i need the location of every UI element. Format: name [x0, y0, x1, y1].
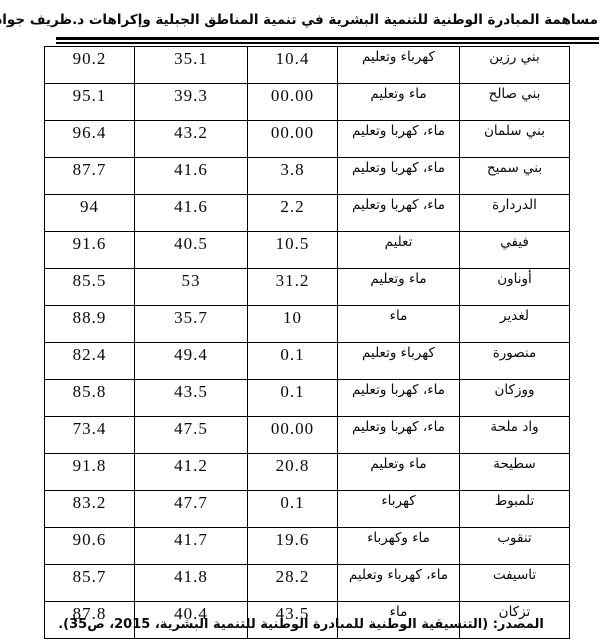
value-cell-right: 2.2: [248, 195, 338, 232]
table-row: الدردارة ماء، كهربا وتعليم 2.2 41.6 94: [45, 195, 570, 232]
value-cell-middle: 41.7: [135, 528, 248, 565]
value-cell-left: 90.6: [45, 528, 135, 565]
commune-name-cell: تنقوب: [460, 528, 570, 565]
value-cell-left: 85.8: [45, 380, 135, 417]
value-cell-left: 87.7: [45, 158, 135, 195]
table-row: بني سميح ماء، كهربا وتعليم 3.8 41.6 87.7: [45, 158, 570, 195]
value-cell-right: 3.8: [248, 158, 338, 195]
value-cell-left: 85.7: [45, 565, 135, 602]
table-row: بني رزين كهرباء وتعليم 10.4 35.1 90.2: [45, 47, 570, 84]
services-cell: ماء، كهربا وتعليم: [338, 158, 460, 195]
value-cell-left: 82.4: [45, 343, 135, 380]
value-cell-middle: 49.4: [135, 343, 248, 380]
services-cell: تعليم: [338, 232, 460, 269]
value-cell-right: 10.4: [248, 47, 338, 84]
page-title: مساهمة المبادرة الوطنية للتنمية البشرية …: [40, 12, 598, 28]
table-row: تنقوب ماء وكهرباء 19.6 41.7 90.6: [45, 528, 570, 565]
table-row: تلمبوط كهرباء 0.1 47.7 83.2: [45, 491, 570, 528]
table-row: فيفي تعليم 10.5 40.5 91.6: [45, 232, 570, 269]
value-cell-middle: 41.8: [135, 565, 248, 602]
value-cell-right: 28.2: [248, 565, 338, 602]
value-cell-right: 20.8: [248, 454, 338, 491]
services-cell: ماء وكهرباء: [338, 528, 460, 565]
value-cell-right: 0.1: [248, 343, 338, 380]
value-cell-right: 0.1: [248, 491, 338, 528]
commune-name-cell: تلمبوط: [460, 491, 570, 528]
value-cell-middle: 47.5: [135, 417, 248, 454]
commune-name-cell: سطيحة: [460, 454, 570, 491]
value-cell-middle: 39.3: [135, 84, 248, 121]
services-cell: ماء وتعليم: [338, 454, 460, 491]
value-cell-left: 91.8: [45, 454, 135, 491]
table-row: ووزكان ماء، كهربا وتعليم 0.1 43.5 85.8: [45, 380, 570, 417]
services-cell: ماء، كهربا وتعليم: [338, 195, 460, 232]
value-cell-left: 91.6: [45, 232, 135, 269]
commune-name-cell: ووزكان: [460, 380, 570, 417]
value-cell-middle: 43.5: [135, 380, 248, 417]
value-cell-left: 96.4: [45, 121, 135, 158]
value-cell-left: 83.2: [45, 491, 135, 528]
commune-name-cell: فيفي: [460, 232, 570, 269]
value-cell-middle: 35.1: [135, 47, 248, 84]
table-row: منصورة كهرباء وتعليم 0.1 49.4 82.4: [45, 343, 570, 380]
table-body: بني رزين كهرباء وتعليم 10.4 35.1 90.2 بن…: [45, 47, 570, 639]
source-citation: المصدر: (التنسيقية الوطنية للمبادرة الوط…: [0, 617, 602, 632]
commune-name-cell: منصورة: [460, 343, 570, 380]
value-cell-middle: 41.6: [135, 195, 248, 232]
services-cell: ماء وتعليم: [338, 84, 460, 121]
commune-name-cell: بني سميح: [460, 158, 570, 195]
value-cell-right: 0.1: [248, 380, 338, 417]
value-cell-right: 10.5: [248, 232, 338, 269]
commune-name-cell: بني سلمان: [460, 121, 570, 158]
value-cell-right: 19.6: [248, 528, 338, 565]
title-double-rule: [56, 37, 599, 44]
commune-name-cell: أوناون: [460, 269, 570, 306]
value-cell-middle: 47.7: [135, 491, 248, 528]
value-cell-left: 94: [45, 195, 135, 232]
table-row: أوناون ماء وتعليم 31.2 53 85.5: [45, 269, 570, 306]
table-row: واد ملحة ماء، كهربا وتعليم 00.00 47.5 73…: [45, 417, 570, 454]
value-cell-right: 31.2: [248, 269, 338, 306]
table-row: بني صالح ماء وتعليم 00.00 39.3 95.1: [45, 84, 570, 121]
value-cell-right: 00.00: [248, 121, 338, 158]
value-cell-left: 90.2: [45, 47, 135, 84]
services-cell: كهرباء وتعليم: [338, 47, 460, 84]
value-cell-middle: 35.7: [135, 306, 248, 343]
value-cell-middle: 41.6: [135, 158, 248, 195]
commune-name-cell: لغدير: [460, 306, 570, 343]
services-cell: كهرباء: [338, 491, 460, 528]
value-cell-left: 95.1: [45, 84, 135, 121]
value-cell-middle: 53: [135, 269, 248, 306]
value-cell-left: 88.9: [45, 306, 135, 343]
table-row: سطيحة ماء وتعليم 20.8 41.2 91.8: [45, 454, 570, 491]
table-row: بني سلمان ماء، كهربا وتعليم 00.00 43.2 9…: [45, 121, 570, 158]
services-cell: ماء، كهرباء وتعليم: [338, 565, 460, 602]
table-row: تاسيفت ماء، كهرباء وتعليم 28.2 41.8 85.7: [45, 565, 570, 602]
value-cell-middle: 41.2: [135, 454, 248, 491]
value-cell-middle: 40.5: [135, 232, 248, 269]
value-cell-left: 85.5: [45, 269, 135, 306]
commune-name-cell: بني رزين: [460, 47, 570, 84]
services-cell: ماء، كهربا وتعليم: [338, 417, 460, 454]
services-cell: ماء: [338, 306, 460, 343]
services-cell: ماء، كهربا وتعليم: [338, 121, 460, 158]
scanned-page: مساهمة المبادرة الوطنية للتنمية البشرية …: [0, 0, 602, 641]
commune-name-cell: بني صالح: [460, 84, 570, 121]
commune-name-cell: تاسيفت: [460, 565, 570, 602]
services-cell: ماء وتعليم: [338, 269, 460, 306]
commune-name-cell: واد ملحة: [460, 417, 570, 454]
value-cell-middle: 43.2: [135, 121, 248, 158]
value-cell-right: 10: [248, 306, 338, 343]
value-cell-left: 73.4: [45, 417, 135, 454]
commune-name-cell: الدردارة: [460, 195, 570, 232]
services-cell: ماء، كهربا وتعليم: [338, 380, 460, 417]
communes-table: بني رزين كهرباء وتعليم 10.4 35.1 90.2 بن…: [44, 46, 570, 639]
value-cell-right: 00.00: [248, 417, 338, 454]
table-row: لغدير ماء 10 35.7 88.9: [45, 306, 570, 343]
services-cell: كهرباء وتعليم: [338, 343, 460, 380]
value-cell-right: 00.00: [248, 84, 338, 121]
